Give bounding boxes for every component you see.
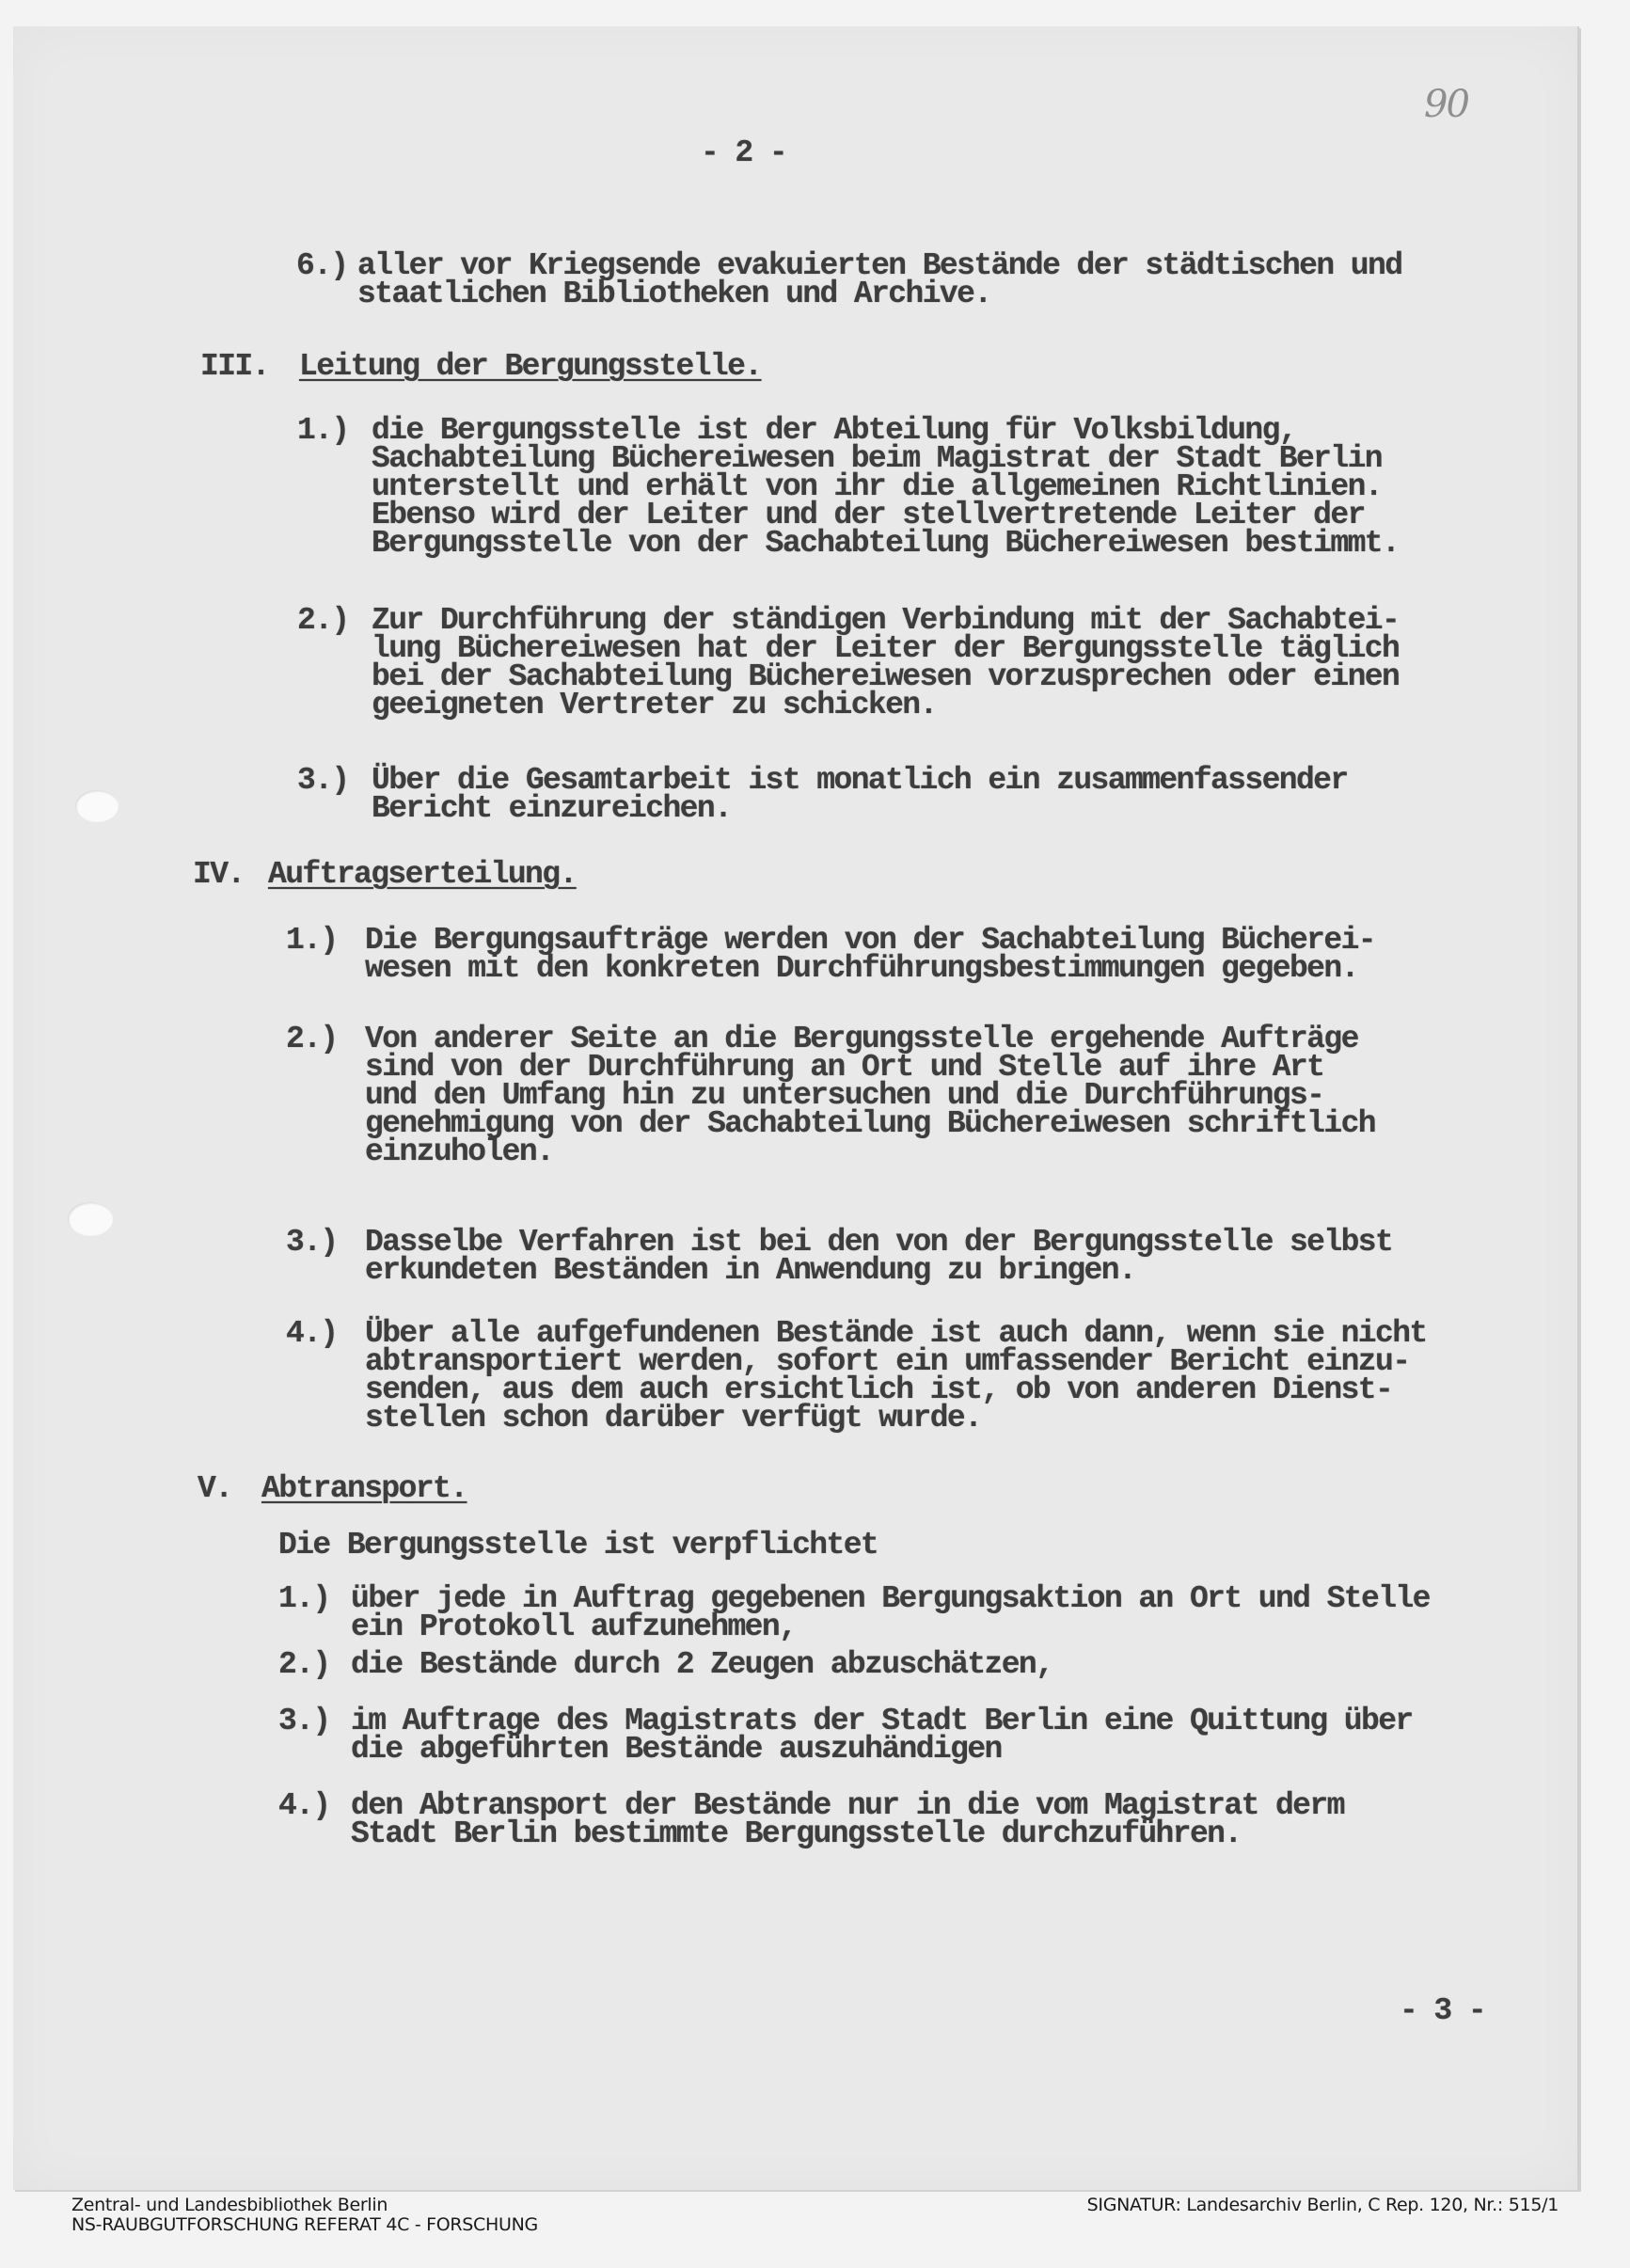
item-text-line: einzuholen. bbox=[365, 1138, 553, 1166]
item-text-line: erkundeten Beständen in Anwendung zu bri… bbox=[365, 1257, 1135, 1285]
punch-hole-lower bbox=[68, 1202, 113, 1236]
section-intro: Die Bergungsstelle ist verpflichtet bbox=[278, 1531, 878, 1560]
page-number: - 2 - bbox=[701, 139, 786, 167]
footer-signature: SIGNATUR: Landesarchiv Berlin, C Rep. 12… bbox=[1087, 2196, 1559, 2215]
item-text-line: stellen schon darüber verfügt wurde. bbox=[365, 1404, 981, 1433]
item-number: 4.) bbox=[278, 1792, 330, 1820]
footer-department: NS-RAUBGUTFORSCHUNG REFERAT 4C - FORSCHU… bbox=[71, 2215, 538, 2235]
item-number: 2.) bbox=[286, 1025, 338, 1054]
item-text-line: Stadt Berlin bestimmte Bergungsstelle du… bbox=[351, 1820, 1242, 1848]
footer-library-name: Zentral- und Landesbibliothek Berlin bbox=[71, 2196, 538, 2215]
item-text-line: Bericht einzureichen. bbox=[372, 795, 731, 823]
item-text-line: Bergungsstelle von der Sachabteilung Büc… bbox=[372, 530, 1399, 558]
item-number: 6.) bbox=[296, 252, 348, 280]
section-title: Abtransport. bbox=[261, 1475, 467, 1503]
section-title-text: Auftragserteilung. bbox=[268, 857, 577, 892]
item-number: 3.) bbox=[297, 767, 349, 795]
folio-number: 90 bbox=[1424, 83, 1468, 126]
punch-hole-upper bbox=[75, 790, 119, 822]
item-text-line: wesen mit den konkreten Durchführungsbes… bbox=[365, 955, 1358, 983]
item-number: 3.) bbox=[278, 1707, 330, 1736]
section-title-text: Leitung der Bergungsstelle. bbox=[299, 349, 762, 384]
next-page-marker: - 3 - bbox=[1400, 1997, 1485, 2025]
item-number: 2.) bbox=[278, 1651, 330, 1679]
item-text-line: geeigneten Vertreter zu schicken. bbox=[372, 691, 937, 720]
item-text-line: staatlichen Bibliotheken und Archive. bbox=[357, 280, 991, 309]
item-number: 1.) bbox=[297, 417, 349, 445]
item-text-line: ein Protokoll aufzunehmen, bbox=[351, 1613, 796, 1642]
item-number: 1.) bbox=[278, 1585, 330, 1613]
item-text-line: die abgeführten Bestände auszuhändigen bbox=[351, 1736, 1002, 1764]
section-title: Auftragserteilung. bbox=[268, 861, 577, 889]
section-title-text: Abtransport. bbox=[261, 1471, 467, 1506]
item-number: 2.) bbox=[297, 607, 349, 635]
section-title: Leitung der Bergungsstelle. bbox=[299, 353, 762, 381]
item-number: 3.) bbox=[286, 1229, 338, 1257]
section-numeral: V. bbox=[198, 1475, 231, 1503]
section-numeral: IV. bbox=[193, 861, 245, 889]
item-text-line: die Bestände durch 2 Zeugen abzuschätzen… bbox=[351, 1651, 1052, 1679]
item-number: 1.) bbox=[286, 927, 338, 955]
item-number: 4.) bbox=[286, 1320, 338, 1348]
footer-library: Zentral- und Landesbibliothek Berlin NS-… bbox=[71, 2196, 538, 2235]
section-numeral: III. bbox=[200, 353, 269, 381]
